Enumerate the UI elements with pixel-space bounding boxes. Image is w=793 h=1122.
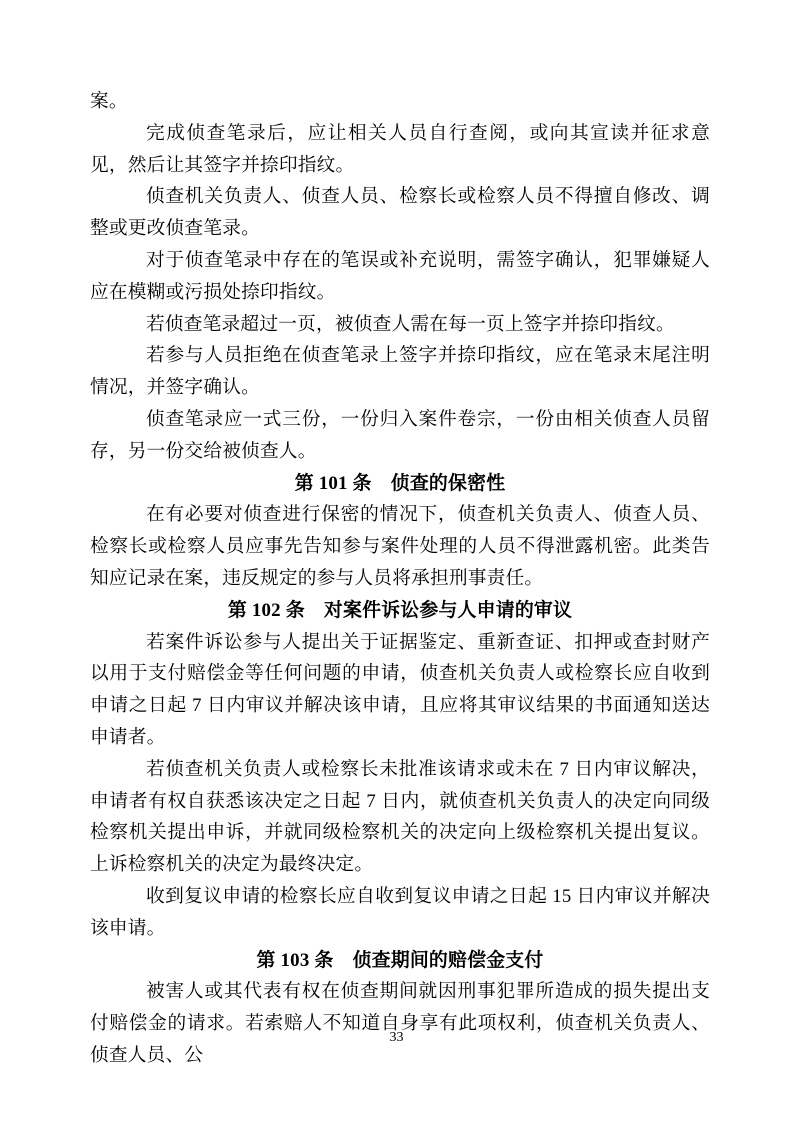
paragraph: 对于侦查笔录中存在的笔误或补充说明，需签字确认，犯罪嫌疑人应在模糊或污损处捺印指…	[90, 245, 710, 309]
section-heading-article-102: 第 102 条 对案件诉讼参与人申请的审议	[90, 595, 710, 627]
paragraph: 侦查笔录应一式三份，一份归入案件卷宗，一份由相关侦查人员留存，另一份交给被侦查人…	[90, 404, 710, 468]
paragraph: 完成侦查笔录后，应让相关人员自行查阅，或向其宣读并征求意见，然后让其签字并捺印指…	[90, 118, 710, 182]
paragraph: 在有必要对侦查进行保密的情况下，侦查机关负责人、侦查人员、检察长或检察人员应事先…	[90, 499, 710, 594]
paragraph: 收到复议申请的检察长应自收到复议申请之日起 15 日内审议并解决该申请。	[90, 881, 710, 945]
page-number: 33	[0, 1029, 793, 1046]
paragraph: 若侦查机关负责人或检察长未批准该请求或未在 7 日内审议解决，申请者有权自获悉该…	[90, 754, 710, 881]
paragraph: 若参与人员拒绝在侦查笔录上签字并捺印指纹，应在笔录末尾注明情况，并签字确认。	[90, 340, 710, 404]
section-heading-article-101: 第 101 条 侦查的保密性	[90, 468, 710, 500]
paragraph: 侦查机关负责人、侦查人员、检察长或检察人员不得擅自修改、调整或更改侦查笔录。	[90, 181, 710, 245]
section-heading-article-103: 第 103 条 侦查期间的赔偿金支付	[90, 945, 710, 977]
document-body: 案。 完成侦查笔录后，应让相关人员自行查阅，或向其宣读并征求意见，然后让其签字并…	[90, 86, 710, 1072]
paragraph: 被害人或其代表有权在侦查期间就因刑事犯罪所造成的损失提出支付赔偿金的请求。若索赔…	[90, 976, 710, 1071]
paragraph: 若案件诉讼参与人提出关于证据鉴定、重新查证、扣押或查封财产以用于支付赔偿金等任何…	[90, 627, 710, 754]
document-page: 案。 完成侦查笔录后，应让相关人员自行查阅，或向其宣读并征求意见，然后让其签字并…	[0, 0, 793, 1122]
paragraph-continuation: 案。	[90, 86, 710, 118]
paragraph: 若侦查笔录超过一页，被侦查人需在每一页上签字并捺印指纹。	[90, 309, 710, 341]
